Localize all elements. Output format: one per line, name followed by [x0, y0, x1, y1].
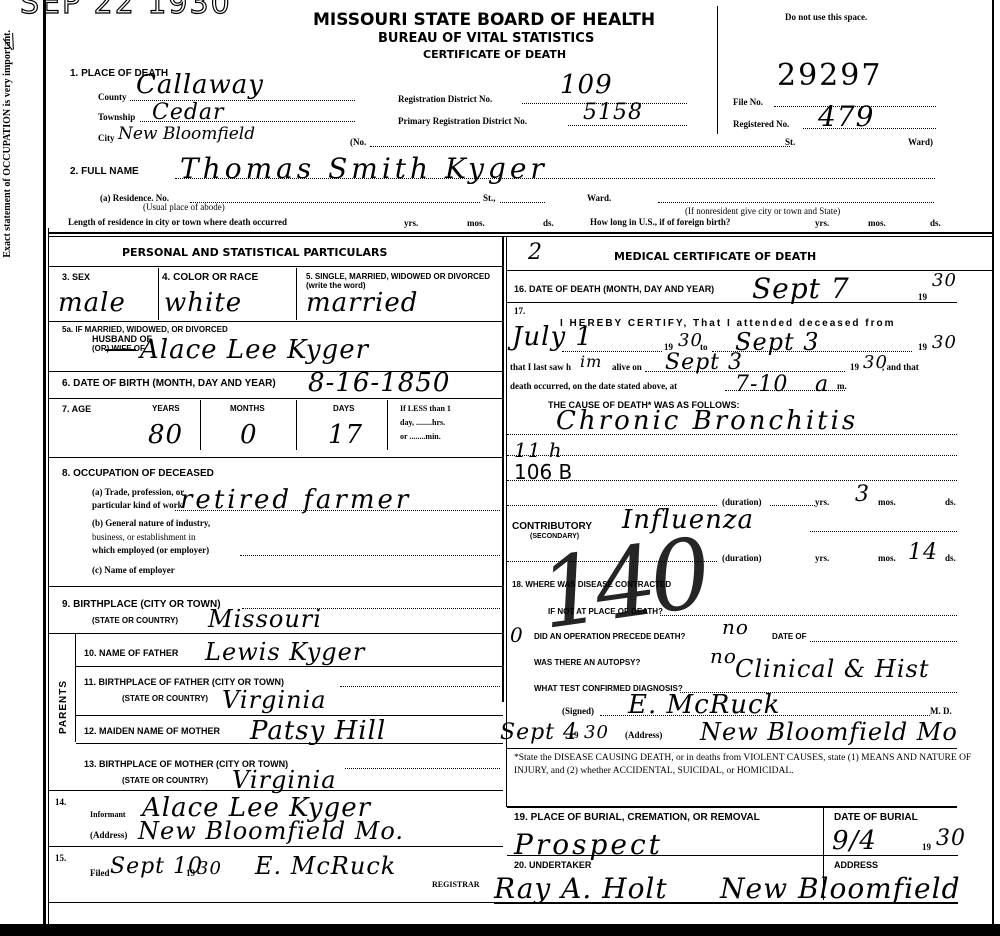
dod-year-prefix: 19 [918, 292, 927, 302]
occupation-a-label-2: particular kind of work [92, 500, 183, 510]
death-occurred-label: death occurred, on the date stated above… [510, 381, 677, 391]
mother-birthplace-state-label: (STATE OR COUNTRY) [122, 776, 208, 785]
township-value: Cedar [152, 100, 225, 125]
cause-footnote: *State the DISEASE CAUSING DEATH, or in … [514, 752, 974, 778]
dod-year-value: 30 [932, 270, 957, 291]
mother-name-label: 12. MAIDEN NAME OF MOTHER [84, 726, 220, 736]
usual-abode-label: (Usual place of abode) [143, 202, 225, 212]
birthplace-state-label: (STATE OR COUNTRY) [92, 616, 178, 625]
cause-duration-yrs: yrs. [815, 497, 829, 507]
informant-label: Informant [90, 810, 126, 819]
occupation-b-label-1: (b) General nature of industry, [92, 518, 210, 528]
md-label: M. D. [930, 706, 952, 716]
autopsy-label: WAS THERE AN AUTOPSY? [534, 658, 640, 667]
received-date-stamp: SEP 22 1930 [20, 0, 232, 21]
time-am-pm: a [815, 372, 829, 397]
cause-duration-months-value: 3 [855, 482, 870, 507]
occupation-value: retired farmer [180, 485, 411, 515]
office-use-note: Do not use this space. [785, 12, 867, 22]
contributory-label: CONTRIBUTORY [512, 521, 592, 532]
race-value: white [164, 288, 242, 318]
operation-value: no [722, 615, 749, 639]
occupation-label: 8. OCCUPATION OF DECEASED [62, 468, 214, 479]
cause-code-1: 11 h [514, 438, 563, 462]
registration-district-value: 109 [560, 70, 613, 100]
sex-label: 3. SEX [62, 272, 90, 282]
mother-name-value: Patsy Hill [250, 716, 386, 746]
certificate-title: CERTIFICATE OF DEATH [423, 48, 566, 61]
to-year-value: 30 [932, 332, 957, 353]
occupation-b-label-2: business, or establishment in [92, 532, 196, 542]
contrib-duration-ds: ds. [945, 553, 956, 563]
residence-ds: ds. [543, 218, 554, 228]
township-label: Township [98, 112, 135, 122]
street-no-label: (No. [350, 137, 366, 147]
contrib-duration-label: (duration) [722, 553, 762, 563]
certify-statement: I HEREBY CERTIFY, That I attended deceas… [560, 318, 896, 329]
birthplace-value: Missouri [208, 605, 322, 633]
operation-date-label: DATE OF [772, 632, 807, 641]
city-value: New Bloomfield [118, 124, 255, 144]
burial-place-label: 19. PLACE OF BURIAL, CREMATION, OR REMOV… [514, 812, 760, 823]
occupation-b-label-3: which employed (or employer) [92, 545, 209, 555]
spouse-value: Alace Lee Kyger [140, 335, 369, 365]
ward-label: Ward) [908, 137, 933, 147]
primary-registration-district-label: Primary Registration District No. [398, 116, 527, 126]
employer-label: (c) Name of employer [92, 565, 175, 575]
signed-label: (Signed) [562, 706, 594, 716]
registrar-signature: E. McRuck [255, 852, 396, 880]
spouse-label-1: 5a. IF MARRIED, WIDOWED, OR DIVORCED [62, 325, 228, 334]
age-years-value: 80 [148, 420, 183, 450]
full-name-label: 2. FULL NAME [70, 166, 139, 177]
hours-label: day, ........hrs. [400, 418, 445, 427]
father-birthplace-state-label: (STATE OR COUNTRY) [122, 694, 208, 703]
cause-duration-mos: mos. [878, 497, 896, 507]
age-years-label: YEARS [152, 404, 180, 413]
attended-from-value: July 1 [512, 322, 593, 352]
informant-address-value: New Bloomfield Mo. [138, 817, 404, 845]
age-days-label: DAYS [333, 404, 355, 413]
physician-address-value: New Bloomfield Mo [700, 718, 958, 746]
race-label: 4. COLOR OR RACE [162, 272, 258, 283]
full-name-value: Thomas Smith Kyger [180, 152, 548, 185]
burial-year-value: 30 [936, 826, 966, 851]
board-title: MISSOURI STATE BOARD OF HEALTH [313, 10, 655, 30]
burial-place-value: Prospect [514, 828, 663, 861]
burial-year-prefix: 19 [922, 842, 931, 852]
city-label: City [98, 133, 115, 143]
date-of-death-label: 16. DATE OF DEATH (MONTH, DAY AND YEAR) [514, 284, 714, 294]
contrib-duration-days-value: 14 [908, 540, 938, 565]
primary-registration-district-value: 5158 [583, 100, 643, 125]
residence-yrs: yrs. [404, 218, 418, 228]
us-ds: ds. [930, 218, 941, 228]
birthplace-label: 9. BIRTHPLACE (CITY OR TOWN) [62, 599, 221, 610]
bureau-title: BUREAU OF VITAL STATISTICS [378, 31, 594, 46]
residence-ward-label: Ward. [587, 193, 611, 203]
last-saw-label: that I last saw h [510, 362, 571, 372]
sex-value: male [58, 288, 126, 318]
margin-occupation-note: Exact statement of OCCUPATION is very im… [2, 30, 13, 258]
sign-year-prefix: , 19 [565, 730, 579, 740]
time-of-death-value: 7-10 [735, 372, 788, 397]
burial-date-label: DATE OF BURIAL [834, 812, 918, 823]
medical-number-mark: 2 [528, 240, 543, 265]
informant-number: 14. [55, 797, 66, 807]
test-confirmed-value: Clinical & Hist [735, 655, 929, 683]
minutes-label: or ........min. [400, 432, 441, 441]
county-value: Callaway [136, 70, 264, 100]
last-saw-pronoun: im [580, 352, 602, 371]
burial-date-value: 9/4 [832, 826, 877, 856]
county-label: County [98, 92, 127, 102]
file-number-stamp: 29297 [777, 58, 882, 93]
length-of-residence-label: Length of residence in city or town wher… [68, 217, 287, 227]
street-label: St. [785, 137, 795, 147]
operation-side-mark: 0 [510, 623, 524, 647]
father-birthplace-value: Virginia [222, 686, 327, 714]
dob-label: 6. DATE OF BIRTH (MONTH, DAY AND YEAR) [62, 378, 276, 389]
filed-number: 15. [55, 853, 66, 863]
us-mos: mos. [868, 218, 886, 228]
filed-label: Filed [90, 868, 110, 878]
age-months-label: MONTHS [230, 404, 265, 413]
not-at-place-label: IF NOT AT PLACE OF DEATH? [548, 607, 663, 616]
last-saw-year-prefix: 19 [850, 362, 859, 372]
registration-district-label: Registration District No. [398, 94, 492, 104]
autopsy-value: no [710, 644, 737, 668]
disease-contracted-label: 18. WHERE WAS DISEASE CONTRACTED [512, 580, 671, 589]
and-that-label: , and that [882, 362, 919, 372]
personal-section-title: PERSONAL AND STATISTICAL PARTICULARS [122, 246, 387, 259]
father-name-value: Lewis Kyger [205, 638, 365, 666]
filed-year-prefix: 19 [186, 868, 195, 878]
informant-address-label: (Address) [90, 830, 127, 840]
residence-street-label: St., [483, 193, 496, 203]
nonresident-note: (If nonresident give city or town and St… [685, 206, 840, 216]
us-yrs: yrs. [815, 218, 829, 228]
to-year-prefix: 19 [918, 342, 927, 352]
registered-no-label: Registered No. [733, 119, 789, 129]
age-days-value: 17 [328, 420, 363, 450]
operation-label: DID AN OPERATION PRECEDE DEATH? [534, 632, 685, 641]
file-no-label: File No. [733, 97, 763, 107]
certify-number: 17. [514, 306, 525, 316]
m-label: m. [837, 381, 847, 391]
occupation-a-label-1: (a) Trade, profession, or [92, 487, 184, 497]
residence-mos: mos. [467, 218, 485, 228]
age-months-value: 0 [240, 420, 258, 450]
cause-duration-ds: ds. [945, 497, 956, 507]
sign-year-value: 30 [584, 722, 609, 743]
cause-of-death-value: Chronic Bronchitis [556, 406, 858, 436]
registrar-label: REGISTRAR [432, 880, 480, 889]
alive-on-label: alive on [612, 362, 642, 372]
father-name-label: 10. NAME OF FATHER [84, 648, 178, 658]
physician-address-label: (Address) [625, 730, 662, 740]
marital-value: married [306, 288, 418, 318]
us-residence-label: How long in U.S., if of foreign birth? [590, 217, 730, 227]
less-than-day-label: If LESS than 1 [400, 404, 451, 413]
age-label: 7. AGE [62, 404, 91, 414]
medical-section-title: MEDICAL CERTIFICATE OF DEATH [614, 250, 816, 263]
registered-no-value: 479 [818, 100, 874, 133]
dob-value: 8-16-1850 [308, 368, 450, 398]
contrib-duration-mos: mos. [878, 553, 896, 563]
undertaker-address-label: ADDRESS [834, 860, 878, 870]
contrib-duration-yrs: yrs. [815, 553, 829, 563]
undertaker-address-value: New Bloomfield [720, 872, 961, 905]
parents-label: PARENTS [58, 680, 69, 734]
undertaker-label: 20. UNDERTAKER [514, 860, 591, 870]
filed-year-value: 30 [197, 858, 222, 879]
date-of-death-value: Sept 7 [752, 272, 850, 305]
undertaker-value: Ray A. Holt [494, 872, 668, 905]
